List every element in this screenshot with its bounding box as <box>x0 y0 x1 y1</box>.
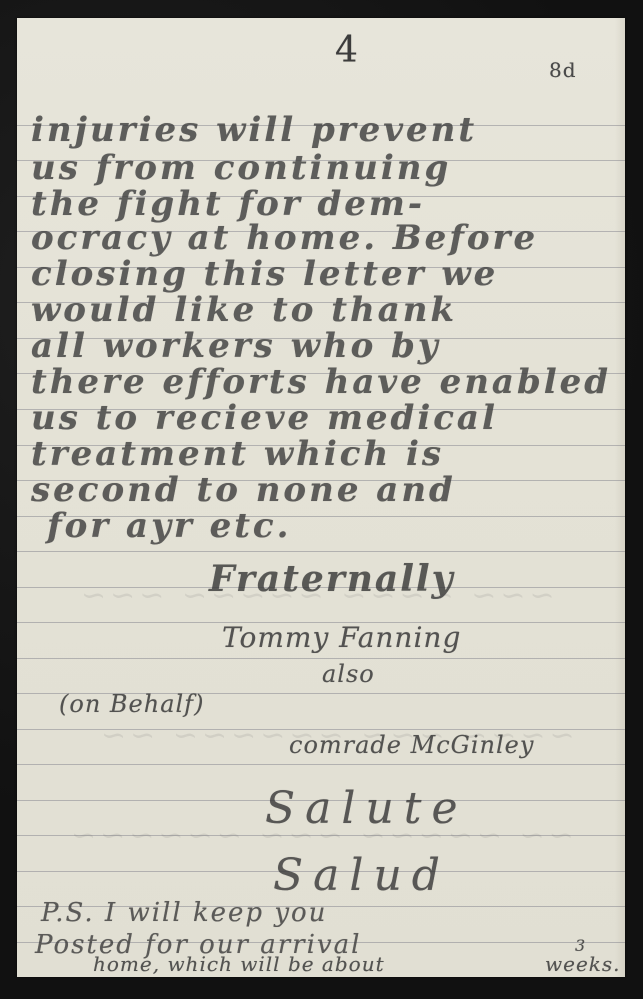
body-line: injuries will prevent <box>31 110 477 150</box>
signature-tommy-fanning: Tommy Fanning <box>222 621 461 654</box>
body-line: treatment which is <box>31 434 444 474</box>
salud-line: Salud <box>273 850 450 901</box>
body-line: would like to thank <box>31 290 457 330</box>
postscript-line-3-end: weeks. <box>545 952 621 976</box>
page-number: 4 <box>335 30 359 71</box>
body-line: us to recieve medical <box>31 398 498 438</box>
signature-mcginley: comrade McGinley <box>289 731 534 759</box>
postscript-superscript: 3 <box>575 936 586 955</box>
letter-page: ~~~ ~~~~ ~~~~~ ~~~ ~~~~ ~~~ ~~~~~~ ~~ ~~… <box>17 18 625 977</box>
signature-also: also <box>322 660 375 688</box>
rule-line <box>17 658 625 659</box>
postscript-line-1: P.S. I will keep you <box>41 898 327 928</box>
rule-line <box>17 764 625 765</box>
body-line: ocracy at home. Before <box>31 218 538 258</box>
body-line: second to none and <box>31 470 456 510</box>
postscript-line-3: home, which will be about <box>93 952 385 976</box>
rule-line <box>17 551 625 552</box>
body-line: there efforts have enabled <box>31 362 611 402</box>
salute-line: Salute <box>265 783 468 834</box>
valediction: Fraternally <box>209 558 455 600</box>
folio-mark: 8d <box>549 58 577 82</box>
body-line: us from continuing <box>31 148 451 188</box>
scan-background: ~~~ ~~~~ ~~~~~ ~~~ ~~~~ ~~~ ~~~~~~ ~~ ~~… <box>0 0 643 999</box>
body-line: for ayr etc. <box>47 506 291 546</box>
on-behalf-note: (on Behalf) <box>59 690 204 718</box>
body-line: all workers who by <box>31 326 441 366</box>
body-line: closing this letter we <box>31 254 498 294</box>
